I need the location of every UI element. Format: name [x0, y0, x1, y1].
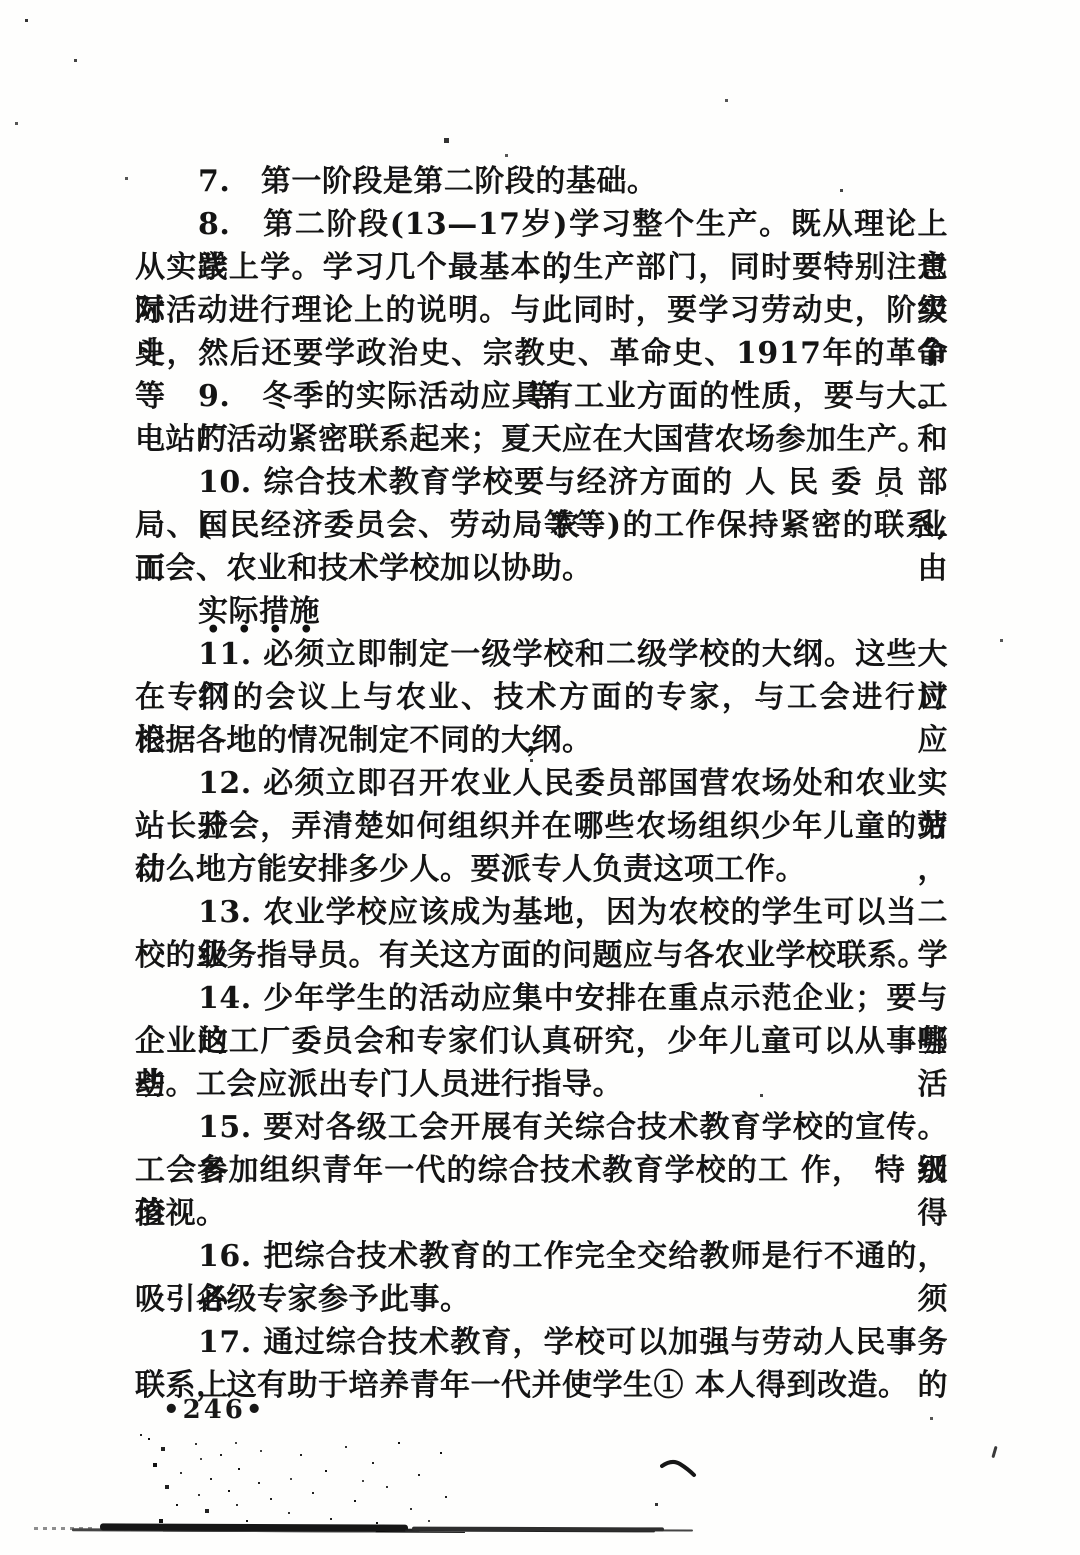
- text-line: 电站的活动紧密联系起来；夏天应在大国营农场参加生产。: [135, 418, 948, 461]
- scan-tick-mark: [991, 1446, 997, 1458]
- text-line: 13. 农业学校应该成为基地，因为农校的学生可以当二级学: [135, 891, 948, 934]
- text-line: 局、国民经济委员会、劳动局等等)的工作保持紧密的联系,而由: [135, 504, 948, 547]
- text-line: 在专门的会议上与农业、技术方面的专家，与工会进行讨论，应: [135, 676, 948, 719]
- paragraph: 11. 必须立即制定一级学校和二级学校的大纲。这些大纲应在专门的会议上与农业、技…: [135, 633, 948, 762]
- paragraph: 12. 必须立即召开农业人民委员部国营农场处和农业实验站站长开会，弄清楚如何组织…: [135, 762, 948, 891]
- section-heading: 实际措施••••: [135, 590, 948, 633]
- scan-speckle-cluster: [140, 1434, 142, 1436]
- paragraph: 10. 综合技术教育学校要与经济方面的 人 民 委 员 部 (农业局、国民经济委…: [135, 461, 948, 590]
- paragraph: 16. 把综合技术教育的工作完全交给教师是行不通的，必须吸引各级专家参予此事。: [135, 1235, 948, 1321]
- text-line: 17. 通过综合技术教育，学校可以加强与劳动人民事务上的: [135, 1321, 948, 1364]
- paragraph: 8. 第二阶段(13—17岁)学习整个生产。既从理论上学，也从实践上学。学习几个…: [135, 203, 948, 375]
- paragraph: 15. 要对各级工会开展有关综合技术教育学校的宣传。各级工会参加组织青年一代的综…: [135, 1106, 948, 1235]
- text-line: 10. 综合技术教育学校要与经济方面的 人 民 委 员 部 (农业: [135, 461, 948, 504]
- text-line: 14. 少年学生的活动应集中安排在重点示范企业；要与这些: [135, 977, 948, 1020]
- text-line: 12. 必须立即召开农业人民委员部国营农场处和农业实验站: [135, 762, 948, 805]
- text-line: 站长开会，弄清楚如何组织并在哪些农场组织少年儿童的劳动，: [135, 805, 948, 848]
- scan-curve-mark: [660, 1458, 700, 1482]
- text-line: 校的业务指导员。有关这方面的问题应与各农业学校联系。: [135, 934, 948, 977]
- text-line: 7. 第一阶段是第二阶段的基础。: [135, 160, 948, 203]
- text-line: 史，然后还要学政治史、宗教史、革命史、1917年的革命等等。: [135, 332, 948, 375]
- text-line: 工会参加组织青年一代的综合技术教育学校的工 作， 特 别 值 得: [135, 1149, 948, 1192]
- text-line: 16. 把综合技术教育的工作完全交给教师是行不通的，必须: [135, 1235, 948, 1278]
- scanned-book-page: 7. 第一阶段是第二阶段的基础。8. 第二阶段(13—17岁)学习整个生产。既从…: [0, 0, 1080, 1555]
- page-number: •246•: [163, 1395, 266, 1425]
- paragraph: 7. 第一阶段是第二阶段的基础。: [135, 160, 948, 203]
- text-line: 从实践上学。学习几个最基本的生产部门，同时要特别注意对实: [135, 246, 948, 289]
- scan-smudge-lead: [34, 1527, 96, 1530]
- paragraph: 13. 农业学校应该成为基地，因为农校的学生可以当二级学校的业务指导员。有关这方…: [135, 891, 948, 977]
- text-line: 15. 要对各级工会开展有关综合技术教育学校的宣传。各级: [135, 1106, 948, 1149]
- emphasis-dots: ••••: [198, 623, 322, 637]
- text-line: 企业的工厂委员会和专家们认真研究，少年儿童可以从事哪些活: [135, 1020, 948, 1063]
- text-line: 际活动进行理论上的说明。与此同时，要学习劳动史，阶级斗争: [135, 289, 948, 332]
- scan-noise-specks: [25, 19, 28, 22]
- text-line: 11. 必须立即制定一级学校和二级学校的大纲。这些大纲应: [135, 633, 948, 676]
- text-line: 9. 冬季的实际活动应具有工业方面的性质，要与大工厂和: [135, 375, 948, 418]
- paragraph: 14. 少年学生的活动应集中安排在重点示范企业；要与这些企业的工厂委员会和专家们…: [135, 977, 948, 1106]
- scan-smudge-line: [100, 1523, 408, 1531]
- scan-smudge-line-right: [412, 1527, 664, 1532]
- text-block: 7. 第一阶段是第二阶段的基础。8. 第二阶段(13—17岁)学习整个生产。既从…: [135, 160, 948, 1407]
- text-line: 8. 第二阶段(13—17岁)学习整个生产。既从理论上学，也: [135, 203, 948, 246]
- paragraph: 9. 冬季的实际活动应具有工业方面的性质，要与大工厂和电站的活动紧密联系起来；夏…: [135, 375, 948, 461]
